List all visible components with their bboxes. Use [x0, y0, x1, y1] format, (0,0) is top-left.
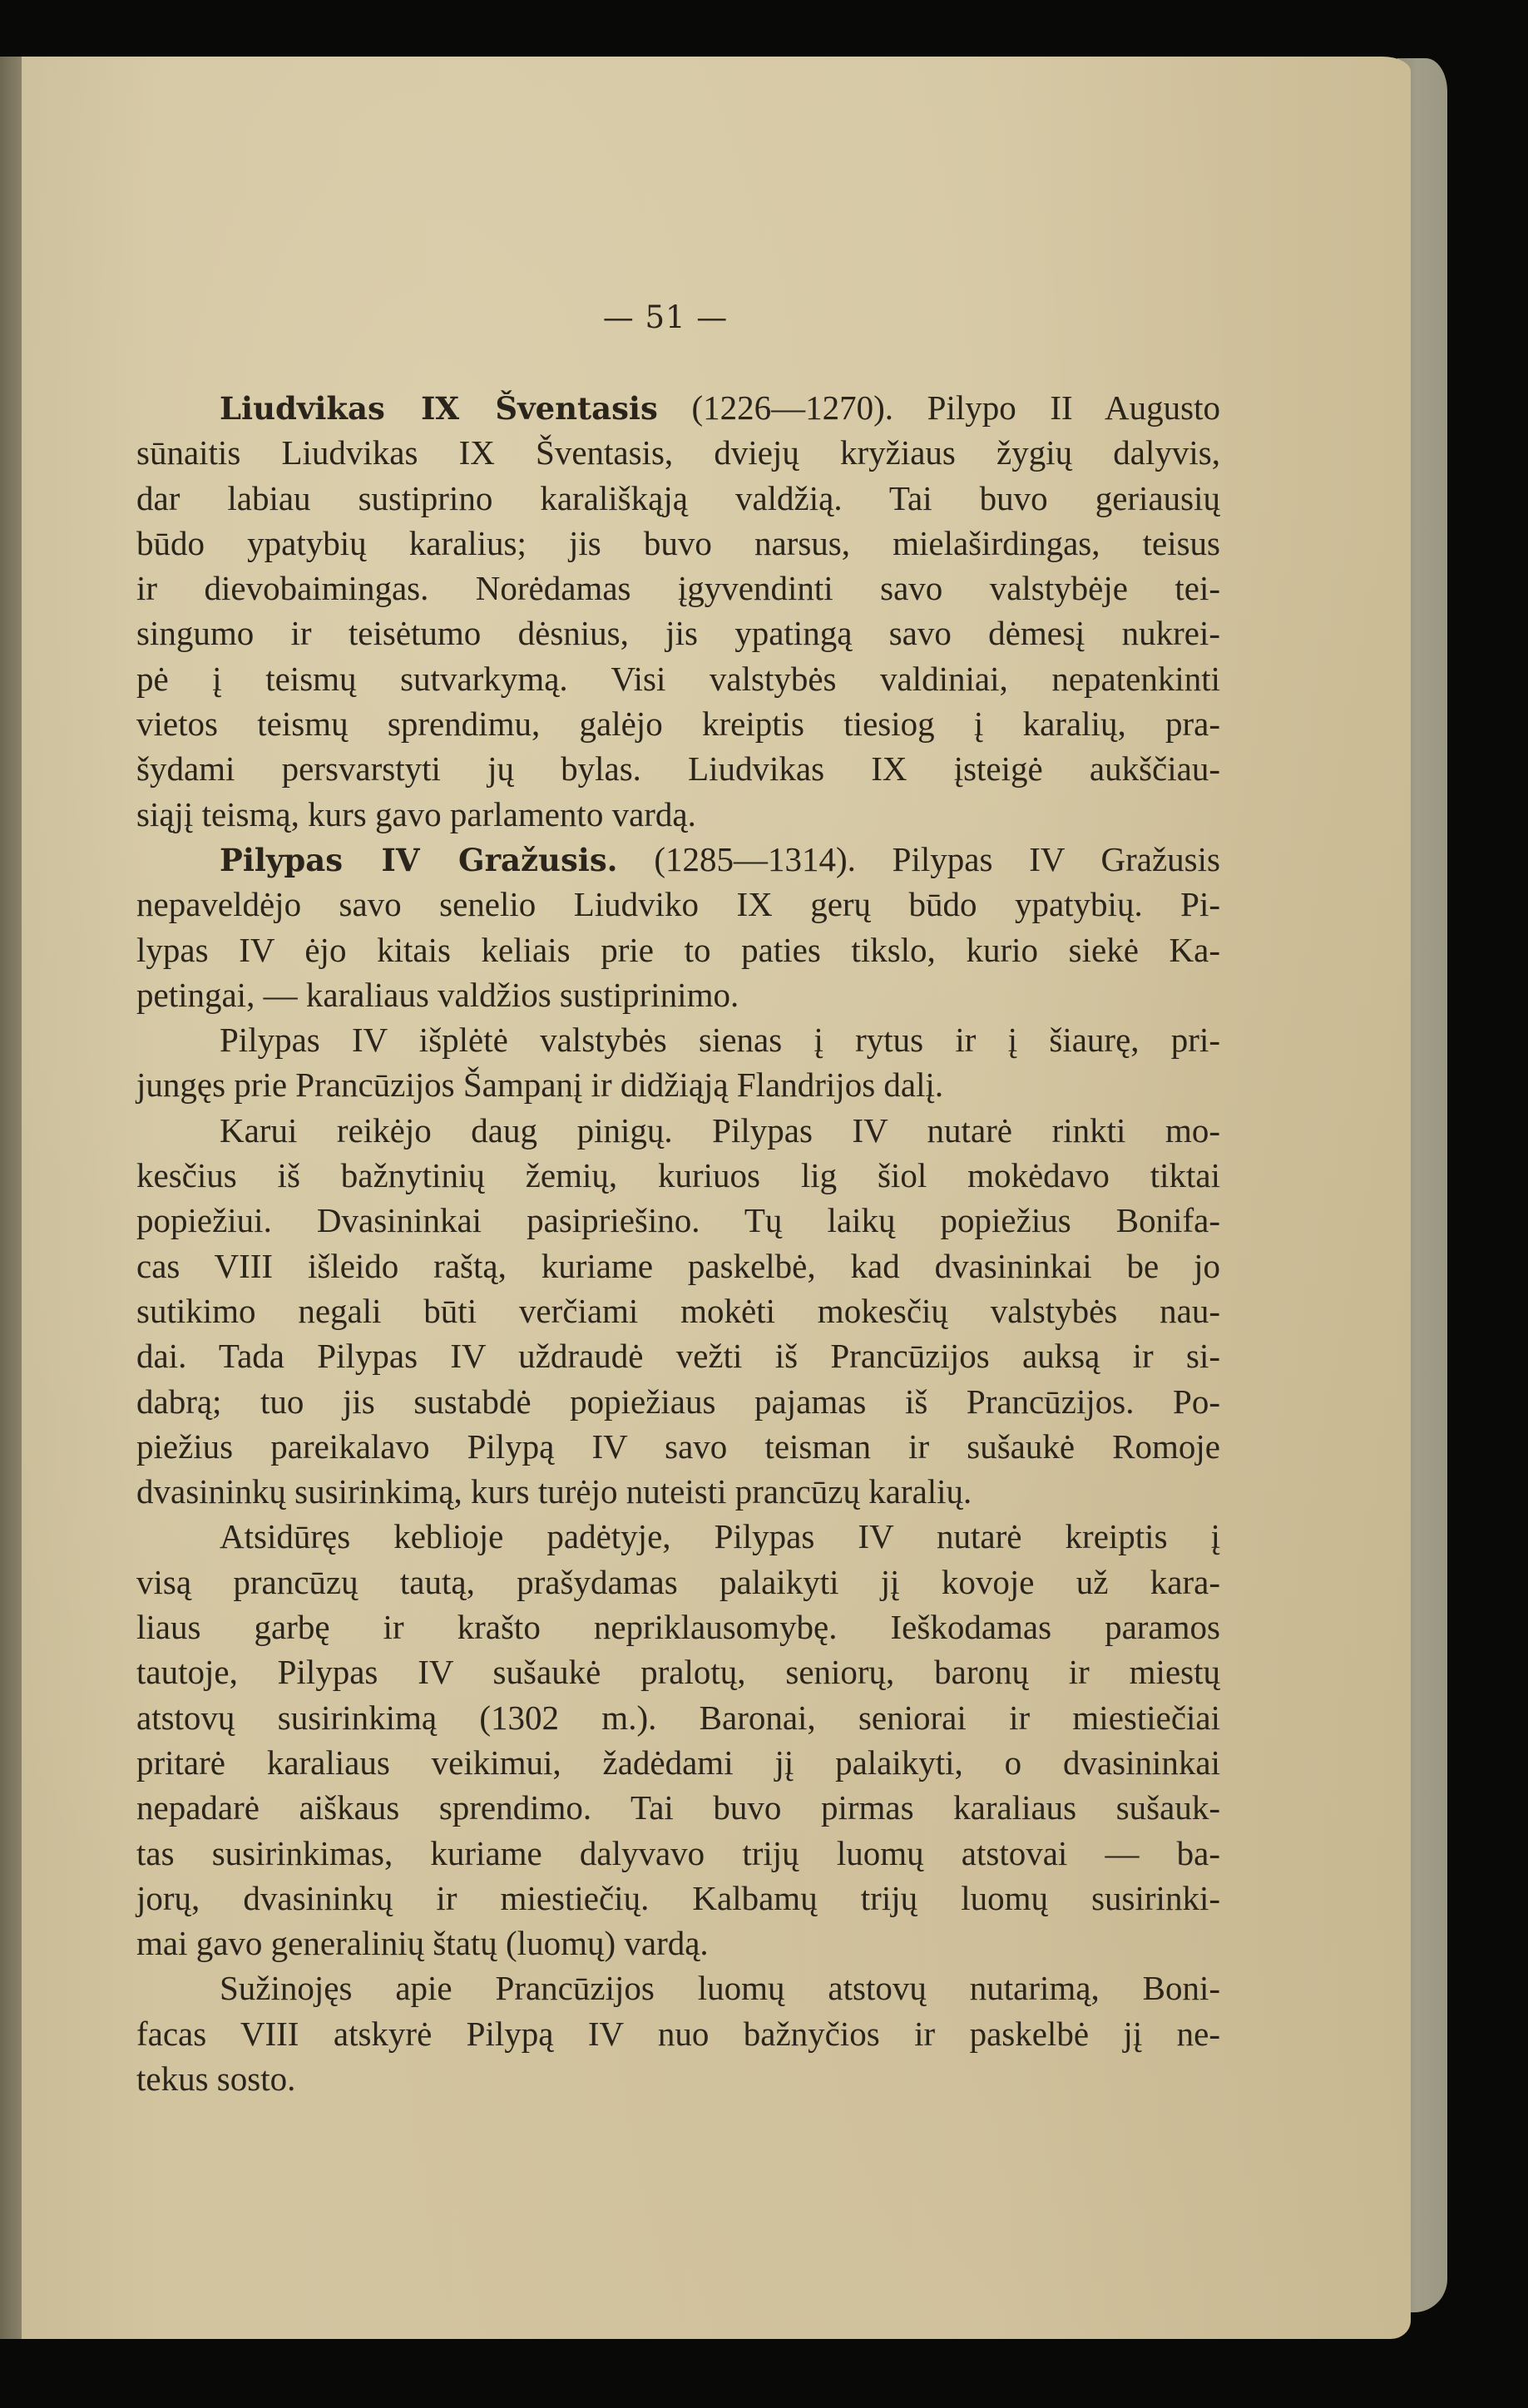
text-line: mai gavo generalinių štatų (luomų) vardą…	[136, 1921, 1220, 1965]
line-text: būdo ypatybių karalius; jis buvo narsus,…	[136, 524, 1220, 562]
body-text: Liudvikas IX Šventasis (1226—1270). Pily…	[136, 385, 1220, 2101]
line-text: tautoje, Pilypas IV sušaukė pralotų, sen…	[136, 1653, 1220, 1691]
line-text: piežius pareikalavo Pilypą IV savo teism…	[136, 1427, 1220, 1466]
text-line: lypas IV ėjo kitais keliais prie to pati…	[136, 927, 1220, 972]
text-line: atstovų susirinkimą (1302 m.). Baronai, …	[136, 1695, 1220, 1740]
line-text: lypas IV ėjo kitais keliais prie to pati…	[136, 931, 1220, 969]
line-text: dvasininkų susirinkimą, kurs turėjo nute…	[136, 1472, 972, 1511]
line-text: cas VIII išleido raštą, kuriame paskelbė…	[136, 1247, 1220, 1285]
line-text: ir dievobaimingas. Norėdamas įgyvendinti…	[136, 569, 1220, 607]
text-line: tautoje, Pilypas IV sušaukė pralotų, sen…	[136, 1649, 1220, 1694]
page-gutter-shadow	[0, 57, 22, 2339]
text-line: Pilypas IV išplėtė valstybės sienas į ry…	[136, 1017, 1220, 1062]
line-text: Sužinojęs apie Prancūzijos luomų atstovų…	[220, 1969, 1220, 2007]
line-text: siąjį teismą, kurs gavo parlamento vardą…	[136, 795, 696, 833]
page-number: — 51 —	[20, 299, 1311, 335]
line-text: singumo ir teisėtumo dėsnius, jis ypatin…	[136, 614, 1220, 652]
text-line: tas susirinkimas, kuriame dalyvavo trijų…	[136, 1831, 1220, 1876]
text-line: būdo ypatybių karalius; jis buvo narsus,…	[136, 521, 1220, 566]
line-text: dabrą; tuo jis sustabdė popiežiaus pajam…	[136, 1382, 1220, 1421]
scanned-book-page: — 51 — Liudvikas IX Šventasis (1226—1270…	[0, 0, 1528, 2408]
line-text: pė į teismų sutvarkymą. Visi valstybės v…	[136, 660, 1220, 698]
line-text: mai gavo generalinių štatų (luomų) vardą…	[136, 1924, 709, 1962]
line-text: nepaveldėjo savo senelio Liudviko IX ger…	[136, 885, 1220, 923]
line-text: popiežiui. Dvasininkai pasipriešino. Tų …	[136, 1201, 1220, 1239]
text-line: kesčius iš bažnytinių žemių, kuriuos lig…	[136, 1153, 1220, 1198]
line-text: sutikimo negali būti verčiami mokėti mok…	[136, 1292, 1220, 1330]
text-line: dar labiau sustiprino karališkąją valdži…	[136, 476, 1220, 521]
text-line: Pilypas IV Gražusis. (1285—1314). Pilypa…	[136, 837, 1220, 882]
text-line: šydami persvarstyti jų bylas. Liudvikas …	[136, 746, 1220, 791]
text-line: sūnaitis Liudvikas IX Šventasis, dviejų …	[136, 430, 1220, 475]
line-text: Karui reikėjo daug pinigų. Pilypas IV nu…	[220, 1111, 1220, 1150]
paragraph-excommunication: Sužinojęs apie Prancūzijos luomų atstovų…	[136, 1965, 1220, 2101]
line-text: jungęs prie Prancūzijos Šampanį ir didži…	[136, 1066, 943, 1104]
line-text: petingai, — karaliaus valdžios sustiprin…	[136, 976, 739, 1014]
text-line: sutikimo negali būti verčiami mokėti mok…	[136, 1288, 1220, 1333]
line-text: Pilypas IV išplėtė valstybės sienas į ry…	[220, 1021, 1220, 1059]
text-line: ir dievobaimingas. Norėdamas įgyvendinti…	[136, 566, 1220, 611]
text-line: nepaveldėjo savo senelio Liudviko IX ger…	[136, 882, 1220, 927]
text-line: nepadarė aiškaus sprendimo. Tai buvo pir…	[136, 1785, 1220, 1830]
text-line: tekus sosto.	[136, 2056, 1220, 2101]
line-text: liaus garbę ir krašto nepriklausomybę. I…	[136, 1608, 1220, 1646]
line-text: Atsidūręs keblioje padėtyje, Pilypas IV …	[220, 1517, 1220, 1555]
text-line: visą prancūzų tautą, prašydamas palaikyt…	[136, 1560, 1220, 1605]
text-line: jungęs prie Prancūzijos Šampanį ir didži…	[136, 1062, 1220, 1107]
text-line: piežius pareikalavo Pilypą IV savo teism…	[136, 1424, 1220, 1469]
text-line: popiežiui. Dvasininkai pasipriešino. Tų …	[136, 1198, 1220, 1243]
line-text: kesčius iš bažnytinių žemių, kuriuos lig…	[136, 1156, 1220, 1194]
line-text: sūnaitis Liudvikas IX Šventasis, dviejų …	[136, 433, 1220, 472]
text-line: dvasininkų susirinkimą, kurs turėjo nute…	[136, 1469, 1220, 1514]
paragraph-expansion: Pilypas IV išplėtė valstybės sienas į ry…	[136, 1017, 1220, 1108]
line-text: atstovų susirinkimą (1302 m.). Baronai, …	[136, 1698, 1220, 1737]
text-line: jorų, dvasininkų ir miestiečių. Kalbamų …	[136, 1876, 1220, 1921]
text-line: facas VIII atskyrė Pilypą IV nuo bažnyči…	[136, 2011, 1220, 2056]
line-text: nepadarė aiškaus sprendimo. Tai buvo pir…	[136, 1788, 1220, 1827]
line-text: dai. Tada Pilypas IV uždraudė vežti iš P…	[136, 1337, 1220, 1375]
text-line: Atsidūręs keblioje padėtyje, Pilypas IV …	[136, 1514, 1220, 1559]
text-line: pritarė karaliaus veikimui, žadėdami jį …	[136, 1740, 1220, 1785]
text-line: Liudvikas IX Šventasis (1226—1270). Pily…	[136, 385, 1220, 430]
text-line: liaus garbę ir krašto nepriklausomybę. I…	[136, 1605, 1220, 1649]
line-text: dar labiau sustiprino karališkąją valdži…	[136, 479, 1220, 517]
text-line: Karui reikėjo daug pinigų. Pilypas IV nu…	[136, 1108, 1220, 1153]
text-line: dai. Tada Pilypas IV uždraudė vežti iš P…	[136, 1333, 1220, 1378]
line-text: (1285—1314). Pilypas IV Gražusis	[618, 840, 1220, 878]
line-text: tas susirinkimas, kuriame dalyvavo trijų…	[136, 1834, 1220, 1872]
line-text: šydami persvarstyti jų bylas. Liudvikas …	[136, 749, 1220, 788]
section-heading: Pilypas IV Gražusis.	[220, 842, 618, 878]
text-line: pė į teismų sutvarkymą. Visi valstybės v…	[136, 656, 1220, 701]
paragraph-pilypas-iv-intro: Pilypas IV Gražusis. (1285—1314). Pilypa…	[136, 837, 1220, 1017]
line-text: tekus sosto.	[136, 2059, 295, 2098]
section-heading: Liudvikas IX Šventasis	[220, 390, 658, 427]
line-text: facas VIII atskyrė Pilypą IV nuo bažnyči…	[136, 2015, 1220, 2053]
text-line: dabrą; tuo jis sustabdė popiežiaus pajam…	[136, 1379, 1220, 1424]
line-text: visą prancūzų tautą, prašydamas palaikyt…	[136, 1563, 1220, 1601]
line-text: jorų, dvasininkų ir miestiečių. Kalbamų …	[136, 1879, 1220, 1917]
paragraph-estates-general: Atsidūręs keblioje padėtyje, Pilypas IV …	[136, 1514, 1220, 1965]
text-line: cas VIII išleido raštą, kuriame paskelbė…	[136, 1244, 1220, 1288]
text-line: singumo ir teisėtumo dėsnius, jis ypatin…	[136, 611, 1220, 655]
paragraph-taxes: Karui reikėjo daug pinigų. Pilypas IV nu…	[136, 1108, 1220, 1515]
line-text: (1226—1270). Pilypo II Augusto	[658, 388, 1220, 427]
text-line: petingai, — karaliaus valdžios sustiprin…	[136, 972, 1220, 1017]
line-text: vietos teismų sprendimu, galėjo kreiptis…	[136, 705, 1220, 743]
line-text: pritarė karaliaus veikimui, žadėdami jį …	[136, 1743, 1220, 1782]
text-line: vietos teismų sprendimu, galėjo kreiptis…	[136, 701, 1220, 746]
text-line: Sužinojęs apie Prancūzijos luomų atstovų…	[136, 1965, 1220, 2010]
paragraph-liudvikas-ix: Liudvikas IX Šventasis (1226—1270). Pily…	[136, 385, 1220, 837]
text-line: siąjį teismą, kurs gavo parlamento vardą…	[136, 792, 1220, 837]
book-page: — 51 — Liudvikas IX Šventasis (1226—1270…	[20, 57, 1411, 2339]
